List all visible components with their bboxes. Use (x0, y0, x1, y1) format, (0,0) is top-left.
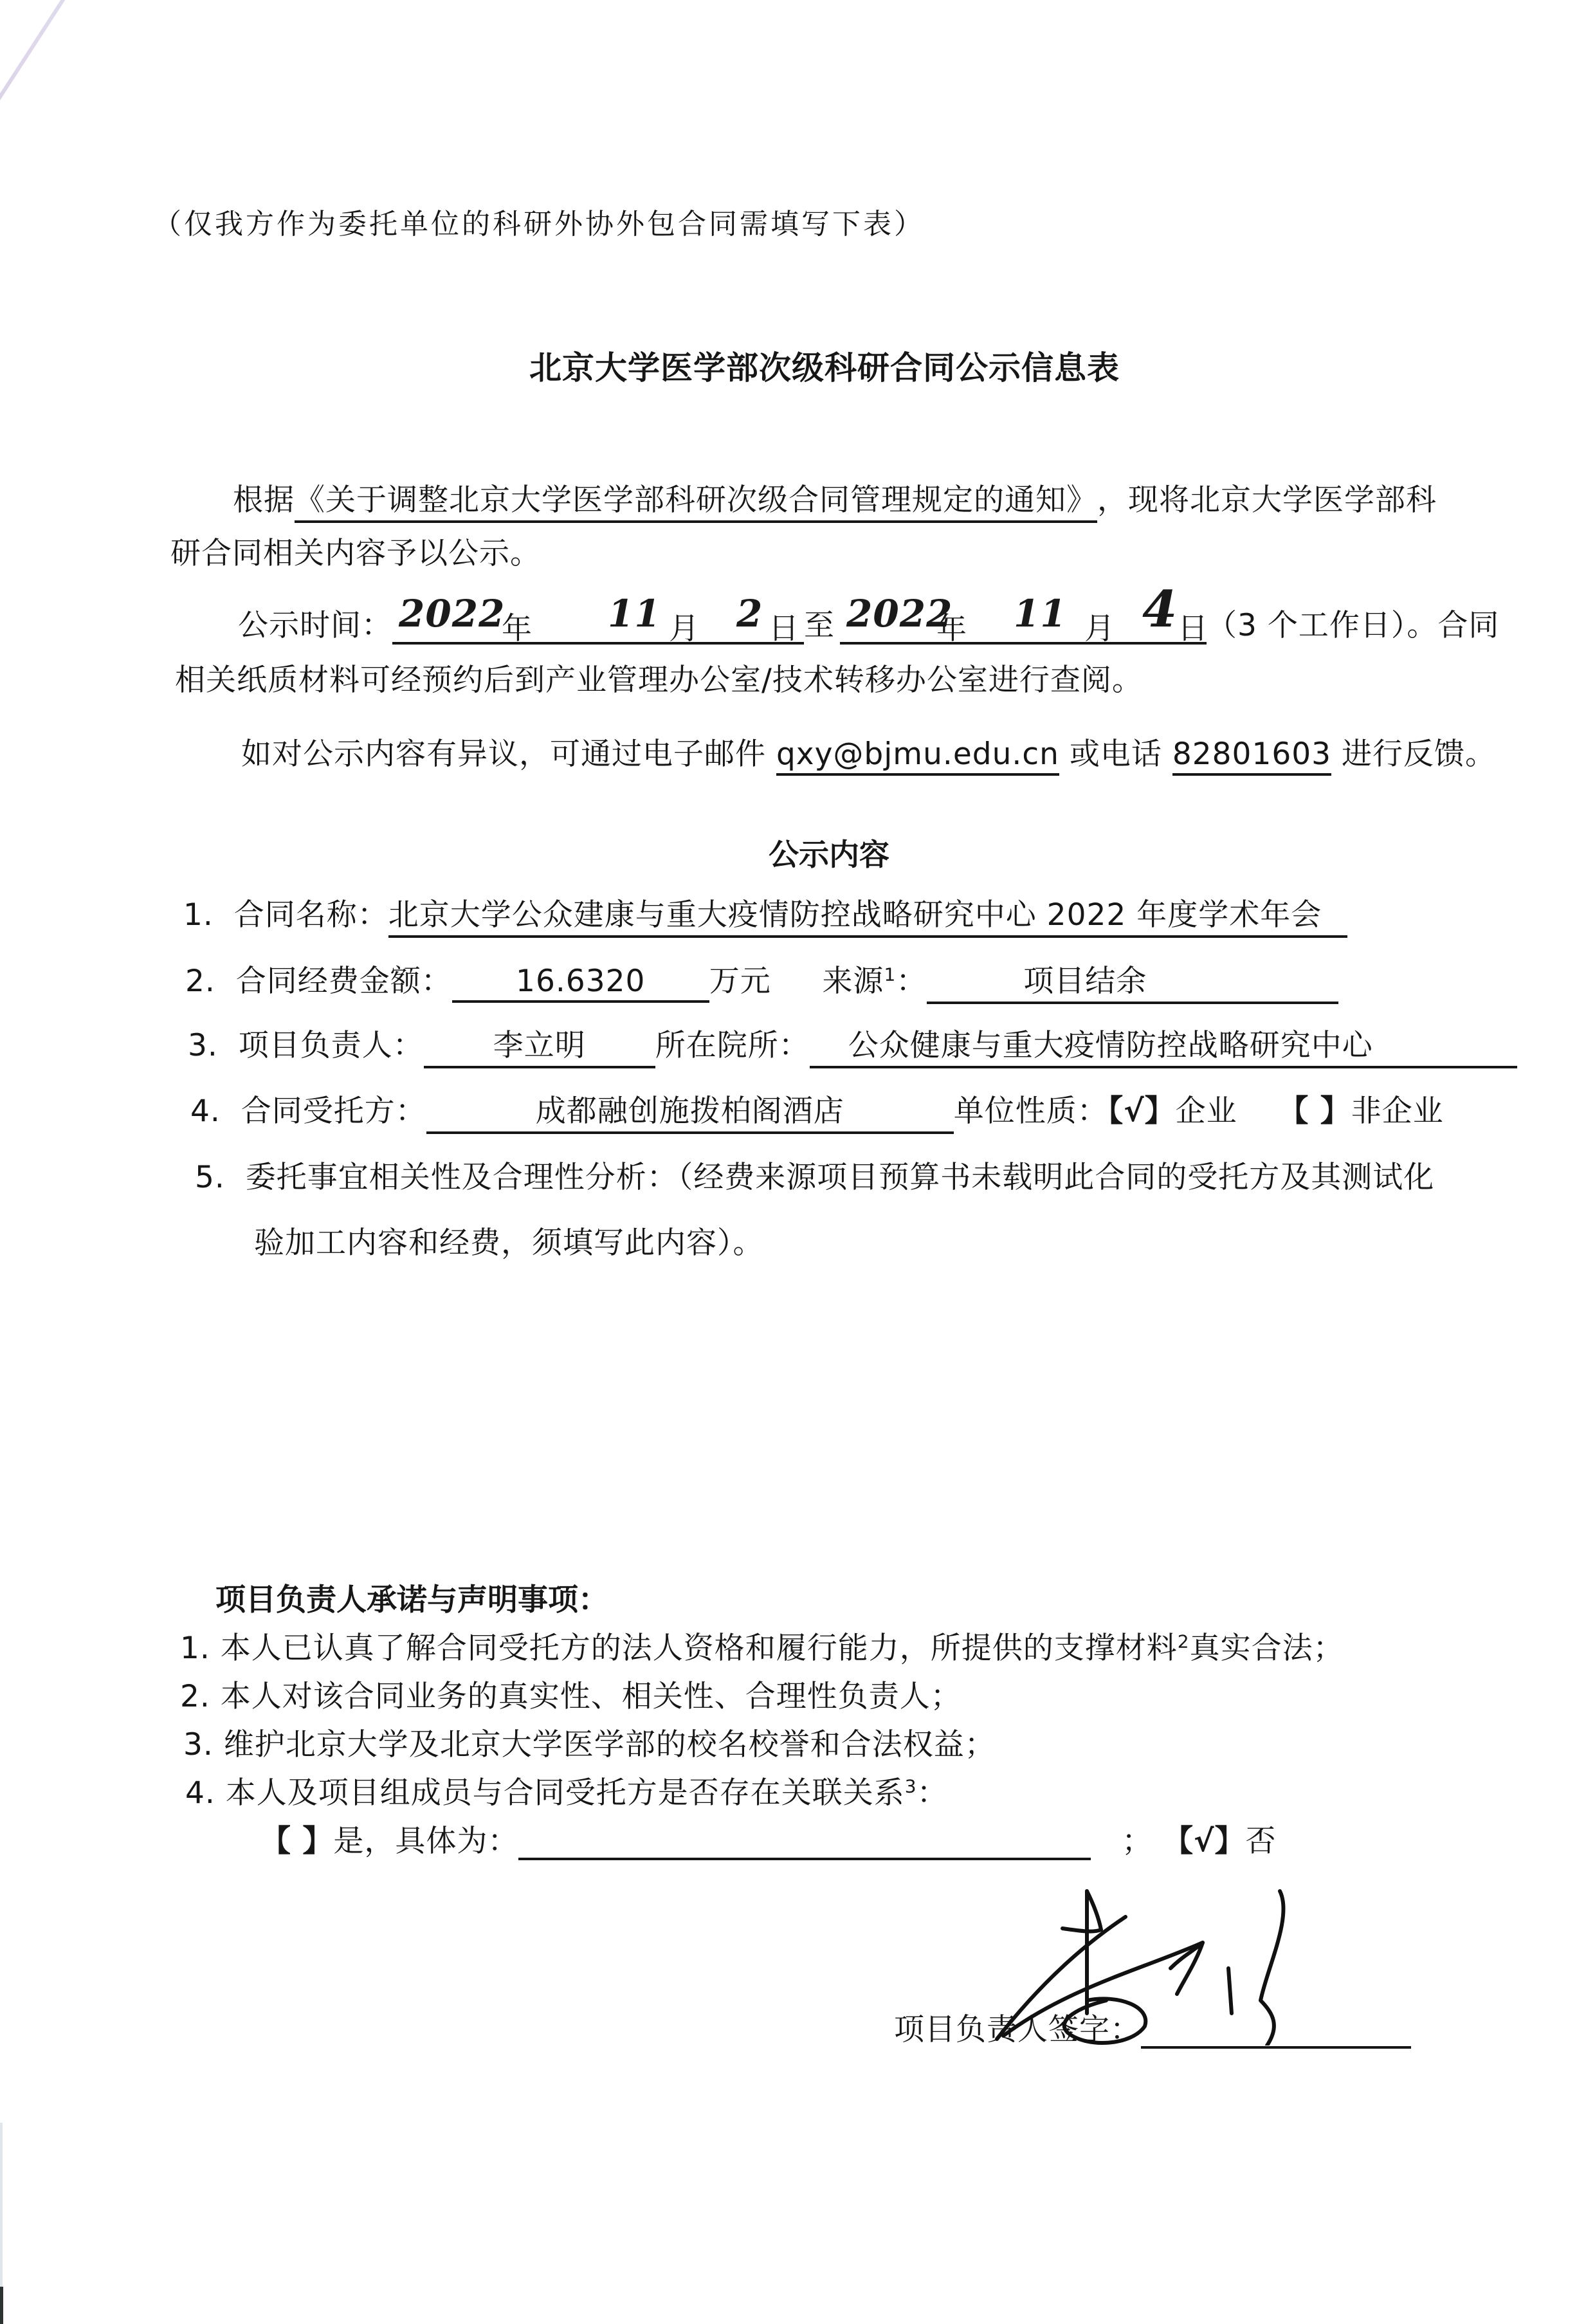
relation-choice-line: 【 】是，具体为： ； 【√】否 (260, 1817, 1277, 1860)
commitment-item-text: 1. 本人已认真了解合同受托方的法人资格和履行能力，所提供的支撑材料 (180, 1631, 1178, 1666)
source-value[interactable]: 项目结余 (927, 957, 1338, 1004)
item-contractor: 4. 合同受托方：成都融创施拨柏阁酒店单位性质：【√】企业 【 】非企业 (190, 1087, 1444, 1134)
start-date-field[interactable]: 2022 年 11 月 2 日 (392, 606, 804, 645)
enterprise-checkbox[interactable]: 【√】 (1108, 1093, 1176, 1129)
footnote-1: 1 (884, 964, 896, 985)
start-year-value: 2022 (399, 592, 505, 636)
publicity-period-line-2: 相关纸质材料可经预约后到产业管理办公室/技术转移办公室进行查阅。 (175, 656, 1143, 699)
item-amount: 2. 合同经费金额：16.6320万元 来源1：项目结余 (185, 957, 1338, 1004)
footnote-3: 3 (905, 1775, 917, 1797)
intro-prefix: 根据 (233, 482, 295, 518)
notice-title-link[interactable]: 《关于调整北京大学医学部科研次级合同管理规定的通知》 (295, 476, 1097, 523)
commitment-item-1: 1. 本人已认真了解合同受托方的法人资格和履行能力，所提供的支撑材料2真实合法； (180, 1624, 1344, 1667)
relation-yes-checkbox[interactable]: 【 】 (260, 1824, 333, 1859)
pi-value[interactable]: 李立明 (424, 1021, 655, 1068)
month-char: 月 (1084, 605, 1115, 648)
relation-no-checkbox[interactable]: 【√】 (1163, 1824, 1245, 1859)
year-char: 年 (502, 605, 533, 648)
relation-no-label: 否 (1246, 1824, 1277, 1859)
item-number: 3. (188, 1028, 218, 1063)
relation-yes-label: 是，具体为： (333, 1824, 518, 1859)
year-char: 年 (936, 605, 967, 648)
contract-name-value[interactable]: 北京大学公众建康与重大疫情防控战略研究中心 2022 年度学术年会 (388, 891, 1348, 938)
analysis-line-2: 验加工内容和经费，须填写此内容）。 (254, 1219, 764, 1262)
amount-label: 合同经费金额： (236, 964, 452, 999)
institute-label: 所在院所： (655, 1028, 810, 1063)
item-number: 5. (195, 1160, 225, 1195)
start-day-value: 2 (736, 592, 763, 636)
page-title: 北京大学医学部次级科研合同公示信息表 (529, 342, 1120, 389)
end-month-value: 11 (1014, 592, 1067, 636)
feedback-email-link[interactable]: qxy@bjmu.edu.cn (776, 737, 1059, 776)
day-char: 日 (769, 605, 799, 648)
item-number: 2. (185, 964, 215, 999)
feedback-line: 如对公示内容有异议，可通过电子邮件 qxy@bjmu.edu.cn 或电话 82… (241, 730, 1496, 776)
item-number: 1. (183, 897, 214, 933)
relation-separator: ； (1122, 1824, 1153, 1859)
publicity-period-line: 公示时间： 2022 年 11 月 2 日 至 2022 年 11 月 4 日 … (238, 601, 1499, 645)
commitment-heading: 项目负责人承诺与声明事项： (215, 1576, 608, 1619)
amount-unit: 万元 (709, 964, 771, 999)
contract-name-label: 合同名称： (234, 897, 388, 933)
feedback-prefix: 如对公示内容有异议，可通过电子邮件 (241, 737, 776, 772)
applicability-note: （仅我方作为委托单位的科研外协外包合同需填写下表） (153, 201, 925, 242)
content-heading: 公示内容 (769, 831, 889, 874)
commitment-item-tail: 真实合法； (1190, 1631, 1344, 1666)
scan-artifact-corner (0, 2287, 3, 2324)
contractor-label: 合同受托方： (241, 1093, 426, 1129)
footnote-2: 2 (1178, 1631, 1190, 1652)
end-day-value: 4 (1142, 580, 1178, 639)
end-date-field[interactable]: 2022 年 11 月 4 日 (840, 606, 1207, 645)
nature-label: 单位性质： (954, 1093, 1108, 1129)
analysis-content-area[interactable] (254, 1280, 1476, 1550)
relation-detail-field[interactable] (518, 1825, 1091, 1860)
feedback-phone-link[interactable]: 82801603 (1172, 737, 1331, 776)
institute-value[interactable]: 公众健康与重大疫情防控战略研究中心 (810, 1021, 1517, 1068)
item-contract-name: 1. 合同名称：北京大学公众建康与重大疫情防控战略研究中心 2022 年度学术年… (183, 891, 1347, 938)
source-label: 来源 (822, 964, 884, 999)
month-char: 月 (669, 605, 700, 648)
scan-artifact-line (0, 0, 180, 158)
to-char: 至 (804, 608, 835, 643)
commitment-item-4: 4. 本人及项目组成员与合同受托方是否存在关联关系3： (185, 1769, 948, 1812)
intro-line-2: 研合同相关内容予以公示。 (170, 529, 541, 572)
publicity-period-label: 公示时间： (238, 608, 392, 643)
item-number: 4. (190, 1093, 221, 1129)
intro-suffix: ，现将北京大学医学部科 (1097, 482, 1437, 518)
commitment-item-text: 4. 本人及项目组成员与合同受托方是否存在关联关系 (185, 1775, 905, 1811)
enterprise-label: 企业 (1176, 1093, 1237, 1129)
start-month-value: 11 (608, 592, 661, 636)
feedback-suffix: 进行反馈。 (1331, 737, 1496, 772)
feedback-mid: 或电话 (1059, 737, 1172, 772)
commitment-item-tail: ： (917, 1775, 948, 1811)
commitment-item-2: 2. 本人对该合同业务的真实性、相关性、合理性负责人； (180, 1672, 962, 1716)
contractor-value[interactable]: 成都融创施拨柏阁酒店 (426, 1087, 954, 1134)
amount-value[interactable]: 16.6320 (452, 964, 709, 1003)
item-analysis: 5. 委托事宜相关性及合理性分析：（经费来源项目预算书未载明此合同的受托方及其测… (195, 1153, 1434, 1196)
duration-note: （3 个工作日）。合同 (1207, 608, 1499, 643)
handwritten-signature-icon (990, 1878, 1402, 2045)
item-pi: 3. 项目负责人：李立明所在院所：公众健康与重大疫情防控战略研究中心 (188, 1021, 1517, 1068)
commitment-item-3: 3. 维护北京大学及北京大学医学部的校名校誉和合法权益； (183, 1721, 996, 1764)
analysis-label: 委托事宜相关性及合理性分析：（经费来源项目预算书未载明此合同的受托方及其测试化 (246, 1160, 1435, 1195)
non-enterprise-checkbox[interactable]: 【 】 (1278, 1093, 1351, 1129)
intro-line-1: 根据《关于调整北京大学医学部科研次级合同管理规定的通知》，现将北京大学医学部科 (233, 476, 1437, 523)
non-enterprise-label: 非企业 (1351, 1093, 1444, 1129)
pi-label: 项目负责人： (239, 1028, 424, 1063)
day-char: 日 (1178, 605, 1208, 648)
source-colon: ： (896, 964, 927, 999)
